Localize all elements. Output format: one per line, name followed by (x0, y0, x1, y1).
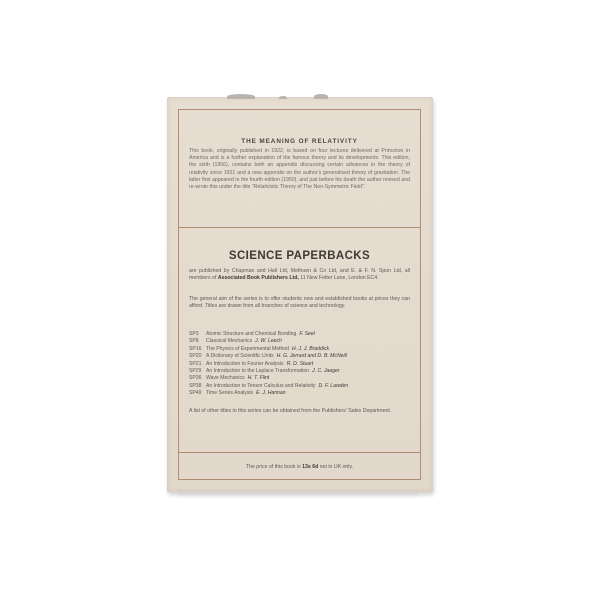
series-book-title: An Introduction to Fourier Analysis (206, 361, 284, 367)
series-book-title: The Physics of Experimental Method (206, 346, 289, 352)
book-back-cover: THE MEANING OF RELATIVITY This book, ori… (167, 97, 433, 492)
series-book-author: F. Seel (299, 331, 314, 337)
book-description: This book, originally published in 1922,… (189, 148, 410, 191)
series-title: SCIENCE PAPERBACKS (179, 250, 420, 262)
series-aim-paragraph: The general aim of the series is to offe… (189, 296, 410, 311)
series-title-item: SP29An Introduction to the Laplace Trans… (189, 368, 414, 375)
series-book-author: H. T. Flint (248, 375, 270, 381)
series-code: SP8 (189, 338, 206, 345)
series-book-title: An Introduction to Tensor Calculus and R… (206, 383, 315, 389)
series-book-title: Atomic Structure and Chemical Bonding (206, 331, 296, 337)
series-code: SP3 (189, 331, 206, 338)
publishers-paragraph: are published by Chapman and Hall Ltd, M… (189, 268, 410, 283)
book-shadow (178, 493, 418, 499)
series-title-item: SP36Wave MechanicsH. T. Flint (189, 375, 414, 382)
price-line: The price of this book is 13s 6d net in … (179, 464, 420, 470)
price-prefix: The price of this book is (246, 464, 302, 470)
series-title-item: SP3Atomic Structure and Chemical Bonding… (189, 331, 414, 338)
series-book-author: J. C. Jaeger (312, 368, 339, 374)
series-code: SP49 (189, 390, 206, 397)
series-title-item: SP16The Physics of Experimental MethodH.… (189, 346, 414, 353)
series-book-title: Classical Mechanics (206, 338, 252, 344)
series-code: SP29 (189, 368, 206, 375)
series-book-title: Wave Mechanics (206, 375, 245, 381)
series-book-author: H. J. J. Braddick (292, 346, 329, 352)
series-title-item: SP38An Introduction to Tensor Calculus a… (189, 383, 414, 390)
series-code: SP21 (189, 361, 206, 368)
series-section: SCIENCE PAPERBACKS are published by Chap… (179, 228, 420, 453)
series-title-item: SP20A Dictionary of Scientific UnitsH. G… (189, 353, 414, 360)
series-code: SP38 (189, 383, 206, 390)
series-book-author: E. J. Hannan (256, 390, 285, 396)
series-code: SP20 (189, 353, 206, 360)
other-titles-note: A list of other titles in this series ca… (189, 408, 410, 415)
series-book-author: D. F. Lawden (318, 383, 348, 389)
series-title-item: SP8Classical MechanicsJ. W. Leech (189, 338, 414, 345)
book-title: THE MEANING OF RELATIVITY (179, 138, 420, 145)
series-title-item: SP21An Introduction to Fourier AnalysisR… (189, 361, 414, 368)
series-code: SP36 (189, 375, 206, 382)
series-title-list: SP3Atomic Structure and Chemical Bonding… (189, 331, 414, 398)
worn-top-edge (207, 91, 357, 99)
publishers-address: 11 New Fetter Lane, London EC4. (299, 275, 379, 281)
series-book-title: A Dictionary of Scientific Units (206, 353, 274, 359)
series-code: SP16 (189, 346, 206, 353)
price-value: 13s 6d (302, 464, 318, 470)
series-book-author: J. W. Leech (255, 338, 282, 344)
series-book-title: Time Series Analysis (206, 390, 253, 396)
price-suffix: net in UK only. (318, 464, 353, 470)
series-book-author: R. D. Stuart (287, 361, 314, 367)
price-section: The price of this book is 13s 6d net in … (179, 453, 420, 479)
series-book-author: H. G. Jerrard and D. B. McNeill (277, 353, 347, 359)
series-book-title: An Introduction to the Laplace Transform… (206, 368, 309, 374)
inner-border-frame: THE MEANING OF RELATIVITY This book, ori… (178, 109, 421, 480)
publishers-name: Associated Book Publishers Ltd, (218, 275, 299, 281)
description-section: THE MEANING OF RELATIVITY This book, ori… (179, 110, 420, 228)
series-title-item: SP49Time Series AnalysisE. J. Hannan (189, 390, 414, 397)
